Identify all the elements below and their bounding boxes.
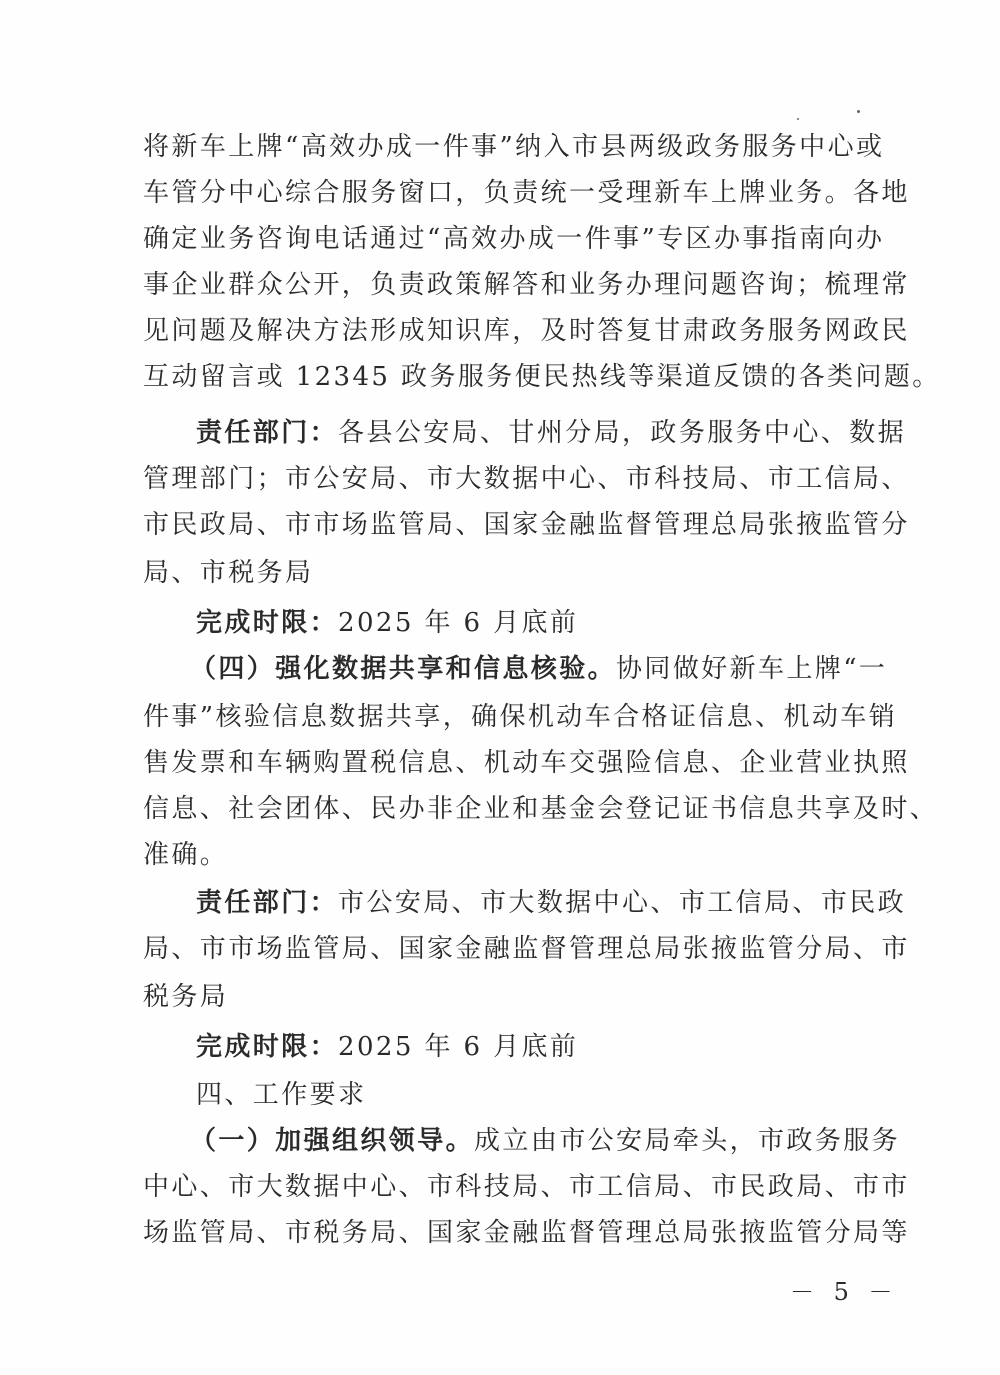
body-line: 将新车上牌“高效办成一件事”纳入市县两级政务服务中心或 — [143, 132, 843, 162]
deadline-value: 2025 年 6 月底前 — [338, 608, 578, 638]
responsible-dept-line: 责任部门：各县公安局、甘州分局，政务服务中心、数据 — [196, 418, 896, 448]
section-line: （四）强化数据共享和信息核验。协同做好新车上牌“一 — [190, 654, 890, 684]
responsible-dept-label: 责任部门： — [196, 888, 338, 918]
body-line: 确定业务咨询电话通过“高效办成一件事”专区办事指南向办 — [143, 224, 843, 254]
body-line: 见问题及解决方法形成知识库，及时答复甘肃政务服务网政民 — [143, 316, 843, 346]
deadline-line: 完成时限：2025 年 6 月底前 — [196, 1032, 896, 1062]
body-line: 局、市税务局 — [143, 558, 843, 588]
section-heading: （一）加强组织领导。 — [190, 1126, 474, 1156]
body-line: 管理部门；市公安局、市大数据中心、市科技局、市工信局、 — [143, 464, 843, 494]
section-line: （一）加强组织领导。成立由市公安局牵头，市政务服务 — [190, 1126, 890, 1156]
body-line: 件事”核验信息数据共享，确保机动车合格证信息、机动车销 — [143, 702, 843, 732]
body-line: 税务局 — [143, 982, 843, 1012]
scan-speck — [797, 118, 799, 120]
body-line: 市民政局、市市场监管局、国家金融监督管理总局张掖监管分 — [143, 510, 843, 540]
body-line: 车管分中心综合服务窗口，负责统一受理新车上牌业务。各地 — [143, 178, 843, 208]
section-heading: （四）强化数据共享和信息核验。 — [190, 654, 616, 684]
body-line: 互动留言或 12345 政务服务便民热线等渠道反馈的各类问题。 — [143, 362, 843, 392]
responsible-dept-label: 责任部门： — [196, 418, 338, 448]
deadline-label: 完成时限： — [196, 1032, 338, 1062]
responsible-dept-line: 责任部门：市公安局、市大数据中心、市工信局、市民政 — [196, 888, 896, 918]
document-page: 将新车上牌“高效办成一件事”纳入市县两级政务服务中心或 车管分中心综合服务窗口，… — [0, 0, 1000, 1375]
responsible-dept-text: 市公安局、市大数据中心、市工信局、市民政 — [338, 888, 906, 918]
body-line: 中心、市大数据中心、市科技局、市工信局、市民政局、市市 — [143, 1172, 843, 1202]
body-line: 准确。 — [143, 840, 843, 870]
deadline-line: 完成时限：2025 年 6 月底前 — [196, 608, 896, 638]
body-line: 局、市市场监管局、国家金融监督管理总局张掖监管分局、市 — [143, 934, 843, 964]
body-line: 信息、社会团体、民办非企业和基金会登记证书信息共享及时、 — [143, 794, 843, 824]
scan-speck — [857, 110, 860, 113]
body-line: 场监管局、市税务局、国家金融监督管理总局张掖监管分局等 — [143, 1218, 843, 1248]
section-text: 成立由市公安局牵头，市政务服务 — [474, 1126, 900, 1156]
deadline-label: 完成时限： — [196, 608, 338, 638]
body-line: 售发票和车辆购置税信息、机动车交强险信息、企业营业执照 — [143, 748, 843, 778]
section-text: 协同做好新车上牌“一 — [616, 654, 887, 684]
chapter-heading: 四、工作要求 — [196, 1080, 896, 1110]
responsible-dept-text: 各县公安局、甘州分局，政务服务中心、数据 — [338, 418, 906, 448]
body-line: 事企业群众公开，负责政策解答和业务办理问题咨询；梳理常 — [143, 270, 843, 300]
deadline-value: 2025 年 6 月底前 — [338, 1032, 578, 1062]
page-number: － 5 － — [790, 1272, 899, 1307]
